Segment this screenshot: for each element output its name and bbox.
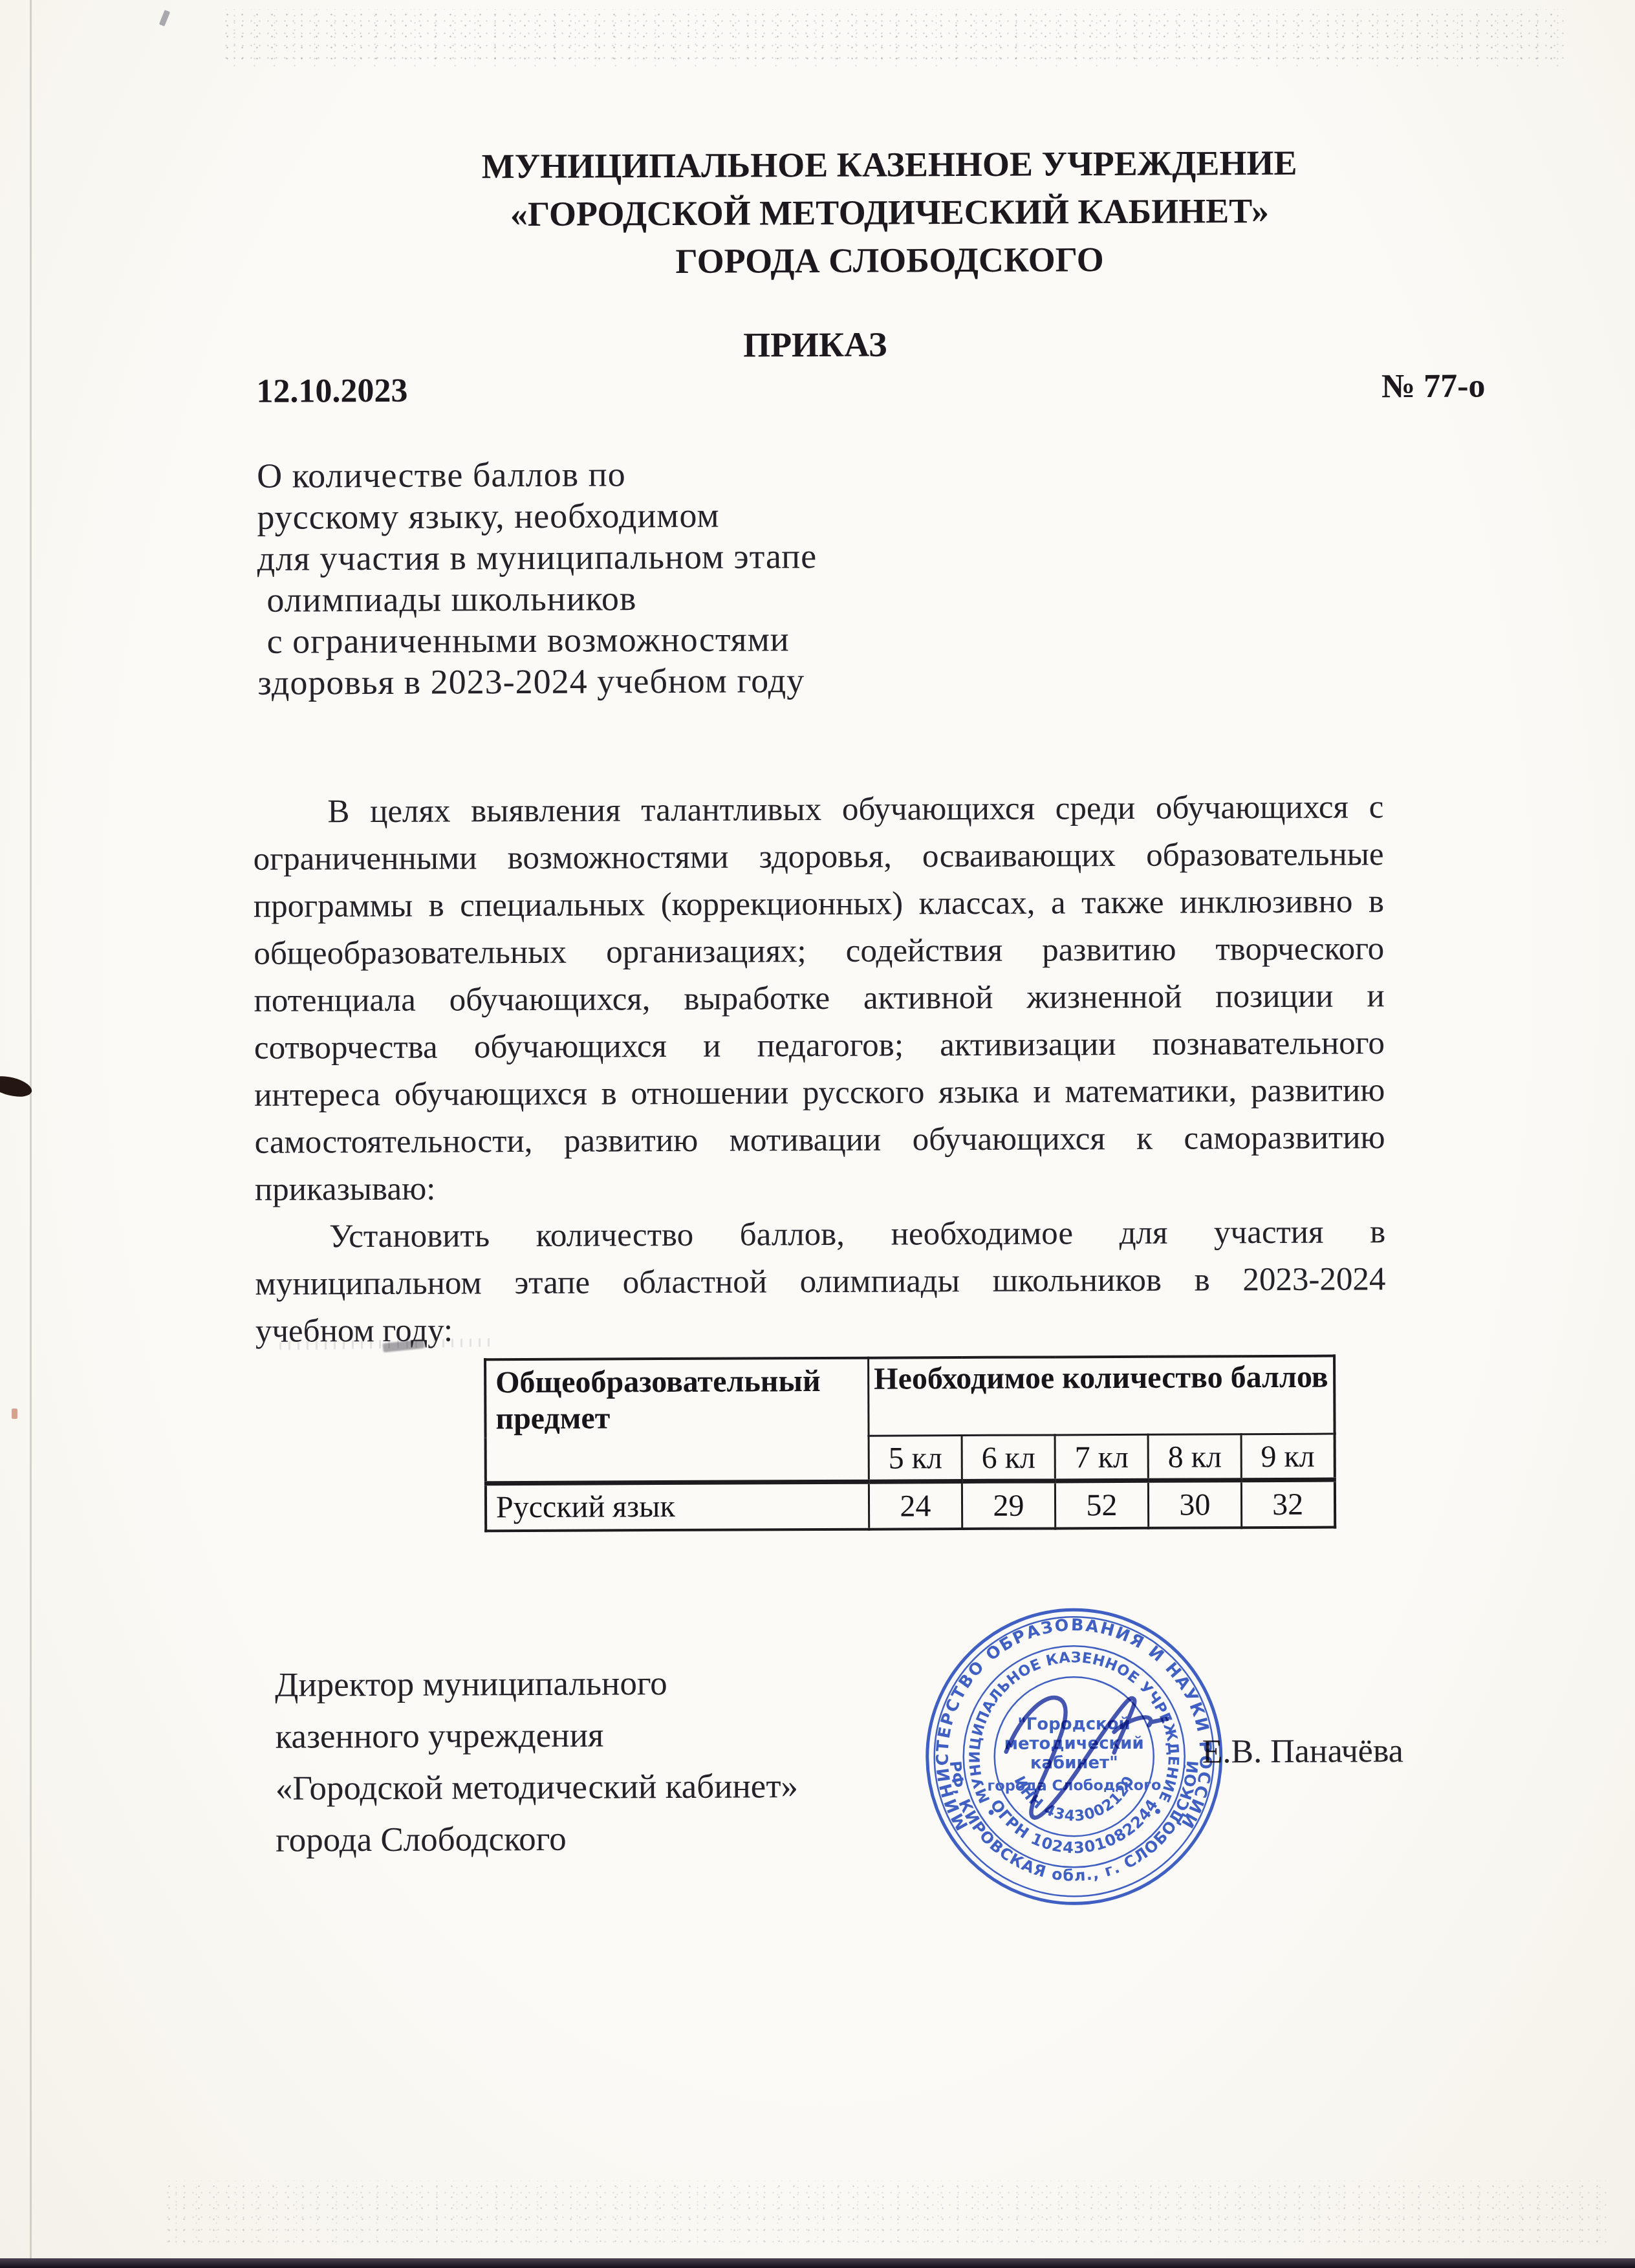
signature-line: города Слободского xyxy=(276,1812,798,1866)
score-cell: 52 xyxy=(1055,1480,1148,1528)
class-header-cell: 9 кл xyxy=(1241,1434,1334,1480)
body-line: сотворчества обучающихся и педагогов; ак… xyxy=(254,1020,1385,1072)
score-cell: 30 xyxy=(1148,1480,1241,1528)
handwritten-signature xyxy=(944,1654,1217,1849)
org-name-line-2: «ГОРОДСКОЙ МЕТОДИЧЕСКИЙ КАБИНЕТ» xyxy=(94,185,1635,240)
class-header-cell: 5 кл xyxy=(869,1436,962,1482)
body-line: Установить количество баллов, необходимо… xyxy=(255,1209,1385,1261)
class-header-cell: 6 кл xyxy=(962,1435,1055,1482)
signer-name: Е.В. Паначёва xyxy=(1202,1732,1403,1771)
body-line: интереса обучающихся в отношении русског… xyxy=(254,1067,1385,1119)
class-header-cell: 8 кл xyxy=(1148,1434,1241,1481)
body-line: потенциала обучающихся, выработке активн… xyxy=(254,973,1384,1025)
body-line: ограниченными возможностями здоровья, ос… xyxy=(254,831,1384,883)
class-header-cell: 7 кл xyxy=(1055,1434,1148,1481)
subject-line: О количестве баллов по xyxy=(257,453,817,497)
score-cell: 24 xyxy=(869,1482,962,1529)
decree-word: приказываю: xyxy=(255,1161,1385,1214)
table-col-header-scores: Необходимое количество баллов xyxy=(869,1356,1335,1436)
signature-line: казенного учреждения xyxy=(275,1709,797,1763)
signature-line: Директор муниципального xyxy=(275,1657,797,1711)
subject-cell: Русский язык xyxy=(486,1482,869,1531)
signature-line: «Городской методический кабинет» xyxy=(276,1760,798,1815)
score-cell: 29 xyxy=(962,1481,1055,1529)
subject-line: русскому языку, необходимом xyxy=(257,494,817,538)
body-paragraph-1: В целях выявления талантливых обучающихс… xyxy=(253,784,1385,1214)
body-line: программы в специальных (коррекционных) … xyxy=(254,878,1384,931)
org-header: МУНИЦИПАЛЬНОЕ КАЗЕННОЕ УЧРЕЖДЕНИЕ «ГОРОД… xyxy=(94,137,1635,288)
body-line: учебном году: xyxy=(255,1303,1386,1355)
body-line: муниципальном этапе областной олимпиады … xyxy=(255,1256,1385,1308)
table-col-header-subject: Общеобразовательный предмет xyxy=(485,1358,869,1484)
date-number-row: 12.10.2023 № 77-о xyxy=(256,367,1485,410)
subject-line: здоровья в 2023-2024 учебном году xyxy=(257,660,817,704)
subject-line: олимпиады школьников xyxy=(257,577,817,621)
org-name-line-3: ГОРОДА СЛОБОДСКОГО xyxy=(94,233,1635,288)
doc-date: 12.10.2023 xyxy=(256,372,407,411)
body-line: самостоятельности, развитию мотивации об… xyxy=(254,1114,1385,1167)
subject-block: О количестве баллов по русскому языку, н… xyxy=(257,453,817,704)
subject-line: с ограниченными возможностями xyxy=(257,618,817,662)
document-page: МУНИЦИПАЛЬНОЕ КАЗЕННОЕ УЧРЕЖДЕНИЕ «ГОРОД… xyxy=(0,0,1635,2268)
signature-block: Директор муниципального казенного учрежд… xyxy=(275,1657,798,1866)
doc-number: № 77-о xyxy=(1381,367,1486,405)
subject-line: для участия в муниципальном этапе xyxy=(257,535,817,579)
table-row: Русский язык 24 29 52 30 32 xyxy=(486,1480,1335,1531)
body-line: общеобразовательных организациях; содейс… xyxy=(254,925,1384,978)
doc-type-title: ПРИКАЗ xyxy=(0,321,1632,368)
scores-table-wrap: Общеобразовательный предмет Необходимое … xyxy=(484,1355,1336,1533)
body-line: В целях выявления талантливых обучающихс… xyxy=(253,784,1383,836)
org-name-line-1: МУНИЦИПАЛЬНОЕ КАЗЕННОЕ УЧРЕЖДЕНИЕ xyxy=(94,137,1635,192)
score-cell: 32 xyxy=(1241,1480,1334,1528)
body-paragraph-2: Установить количество баллов, необходимо… xyxy=(255,1209,1386,1355)
scores-table: Общеобразовательный предмет Необходимое … xyxy=(484,1355,1336,1533)
